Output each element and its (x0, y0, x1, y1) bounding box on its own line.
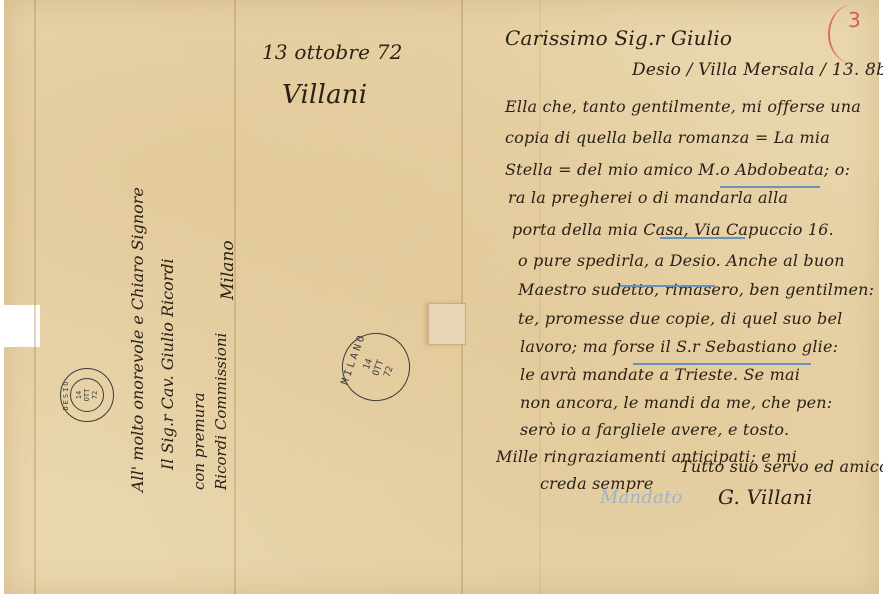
letter-line: Stella = del mio amico M.o Abdobeata; o: (505, 160, 850, 179)
pencil-note: Mandato (600, 487, 682, 508)
closing: Tutto suo servo ed amico (680, 457, 883, 476)
salutation: Carissimo Sig.r Giulio (505, 26, 732, 50)
letter-line: copia di quella bella romanza = La mia (505, 128, 830, 147)
blue-underline (720, 186, 820, 188)
docket-name: Villani (282, 80, 367, 110)
address-line-1: All' molto onorevole e Chiaro Signore (128, 187, 147, 492)
postmark-city: DESIO (62, 369, 70, 421)
letter-line: Ella che, tanto gentilmente, mi offerse … (505, 97, 861, 116)
address-line-3: Milano (218, 240, 238, 300)
letter-line: le avrà mandate a Trieste. Se mai (520, 365, 800, 384)
postmark-year: 72 (91, 369, 99, 421)
address-line-4: con premura (190, 392, 208, 490)
letter-line: te, promesse due copie, di quel suo bel (518, 309, 842, 328)
signature: G. Villani (718, 485, 812, 509)
postmark-desio: DESIO 14 OTT 72 (60, 368, 114, 422)
place-date: Desio / Villa Mersala / 13. 8bre (632, 60, 883, 80)
letter-line: lavoro; ma forse il S.r Sebastiano glie: (520, 337, 838, 356)
postmark-month: OTT (83, 369, 91, 421)
letter-line: ra la pregherei o di mandarla alla (508, 188, 788, 207)
fold-line (34, 0, 36, 594)
address-line-2: Il Sig.r Cav. Giulio Ricordi (158, 258, 177, 470)
blue-underline (660, 237, 745, 239)
fold-line (461, 0, 463, 594)
letter-line: o pure spedirla, a Desio. Anche al buon (518, 251, 845, 270)
wax-seal-remnant (428, 303, 466, 345)
address-line-5: Ricordi Commissioni (212, 333, 230, 490)
blue-underline (633, 363, 811, 365)
letter-line: non ancora, le mandi da me, che pen: (520, 393, 832, 412)
blue-underline (620, 285, 715, 287)
archive-number: 3 (848, 8, 861, 32)
docket-date: 13 ottobre 72 (262, 40, 403, 64)
postmark-day: 14 (75, 369, 83, 421)
letter-line: serò io a fargliele avere, e tosto. (520, 420, 789, 439)
letter-line: Maestro sudetto, rimasero, ben gentilmen… (518, 280, 874, 299)
